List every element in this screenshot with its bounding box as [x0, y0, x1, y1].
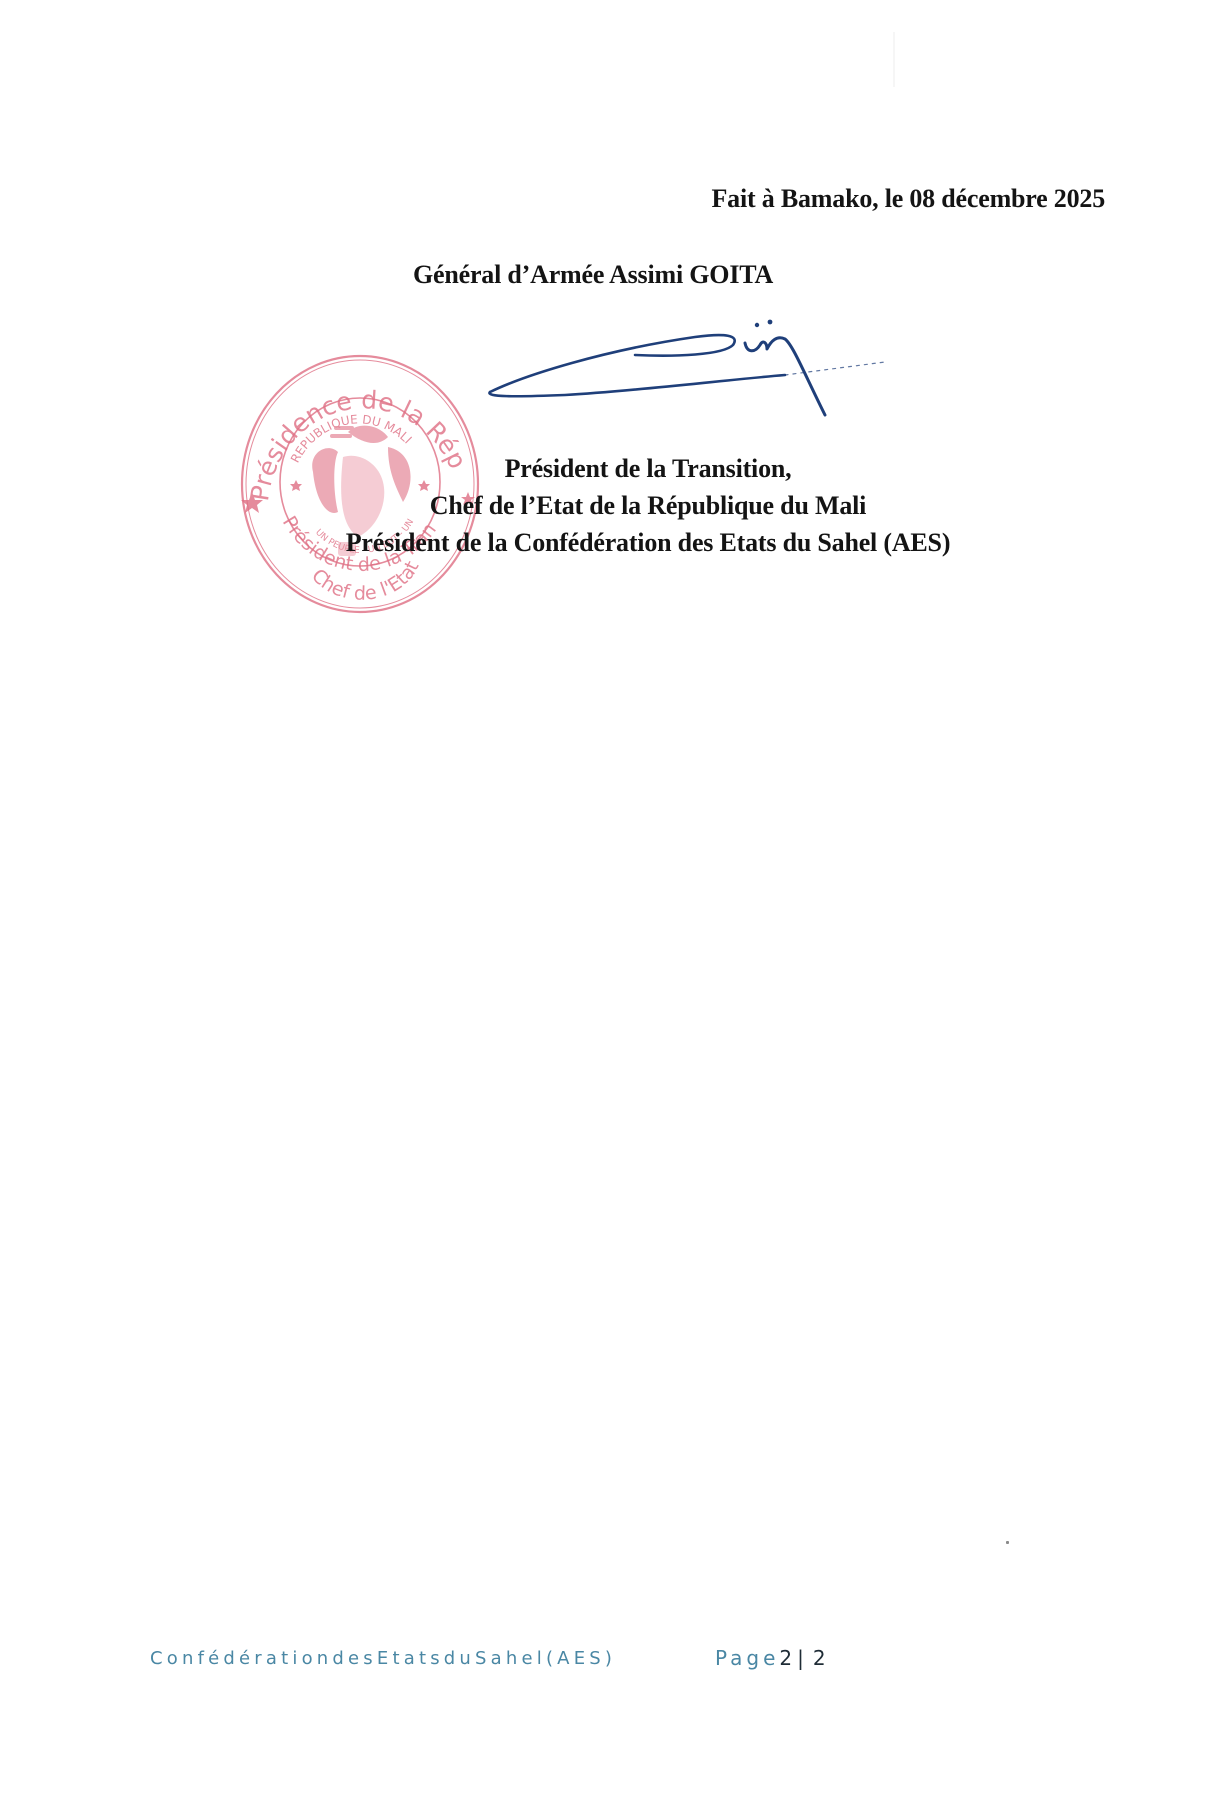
signatory-titles: Président de la Transition, Chef de l’Et… — [0, 450, 1205, 561]
title-line-transition: Président de la Transition, — [0, 450, 1205, 487]
handwritten-signature — [455, 305, 895, 425]
signatory-name: Général d’Armée Assimi GOITA — [413, 262, 773, 288]
page-separator: | — [797, 1646, 808, 1670]
title-line-head-of-state: Chef de l’Etat de la République du Mali — [0, 487, 1205, 524]
page-current: 2 — [779, 1646, 794, 1670]
footer-organization: ConfédérationdesEtatsduSahel(AES) — [150, 1648, 616, 1669]
title-line-aes-president: Président de la Confédération des Etats … — [0, 524, 1205, 561]
scan-speck — [1006, 1541, 1009, 1544]
place-date-line: Fait à Bamako, le 08 décembre 2025 — [712, 186, 1106, 212]
footer-page-number: Page2|2 — [715, 1646, 828, 1670]
scan-artifact — [893, 32, 895, 87]
footer-organization-text: ConfédérationdesEtatsduSahel(AES) — [150, 1648, 616, 1669]
page-total: 2 — [813, 1646, 828, 1670]
page-label: Page — [715, 1646, 779, 1670]
document-page: Fait à Bamako, le 08 décembre 2025 Génér… — [0, 0, 1205, 1798]
